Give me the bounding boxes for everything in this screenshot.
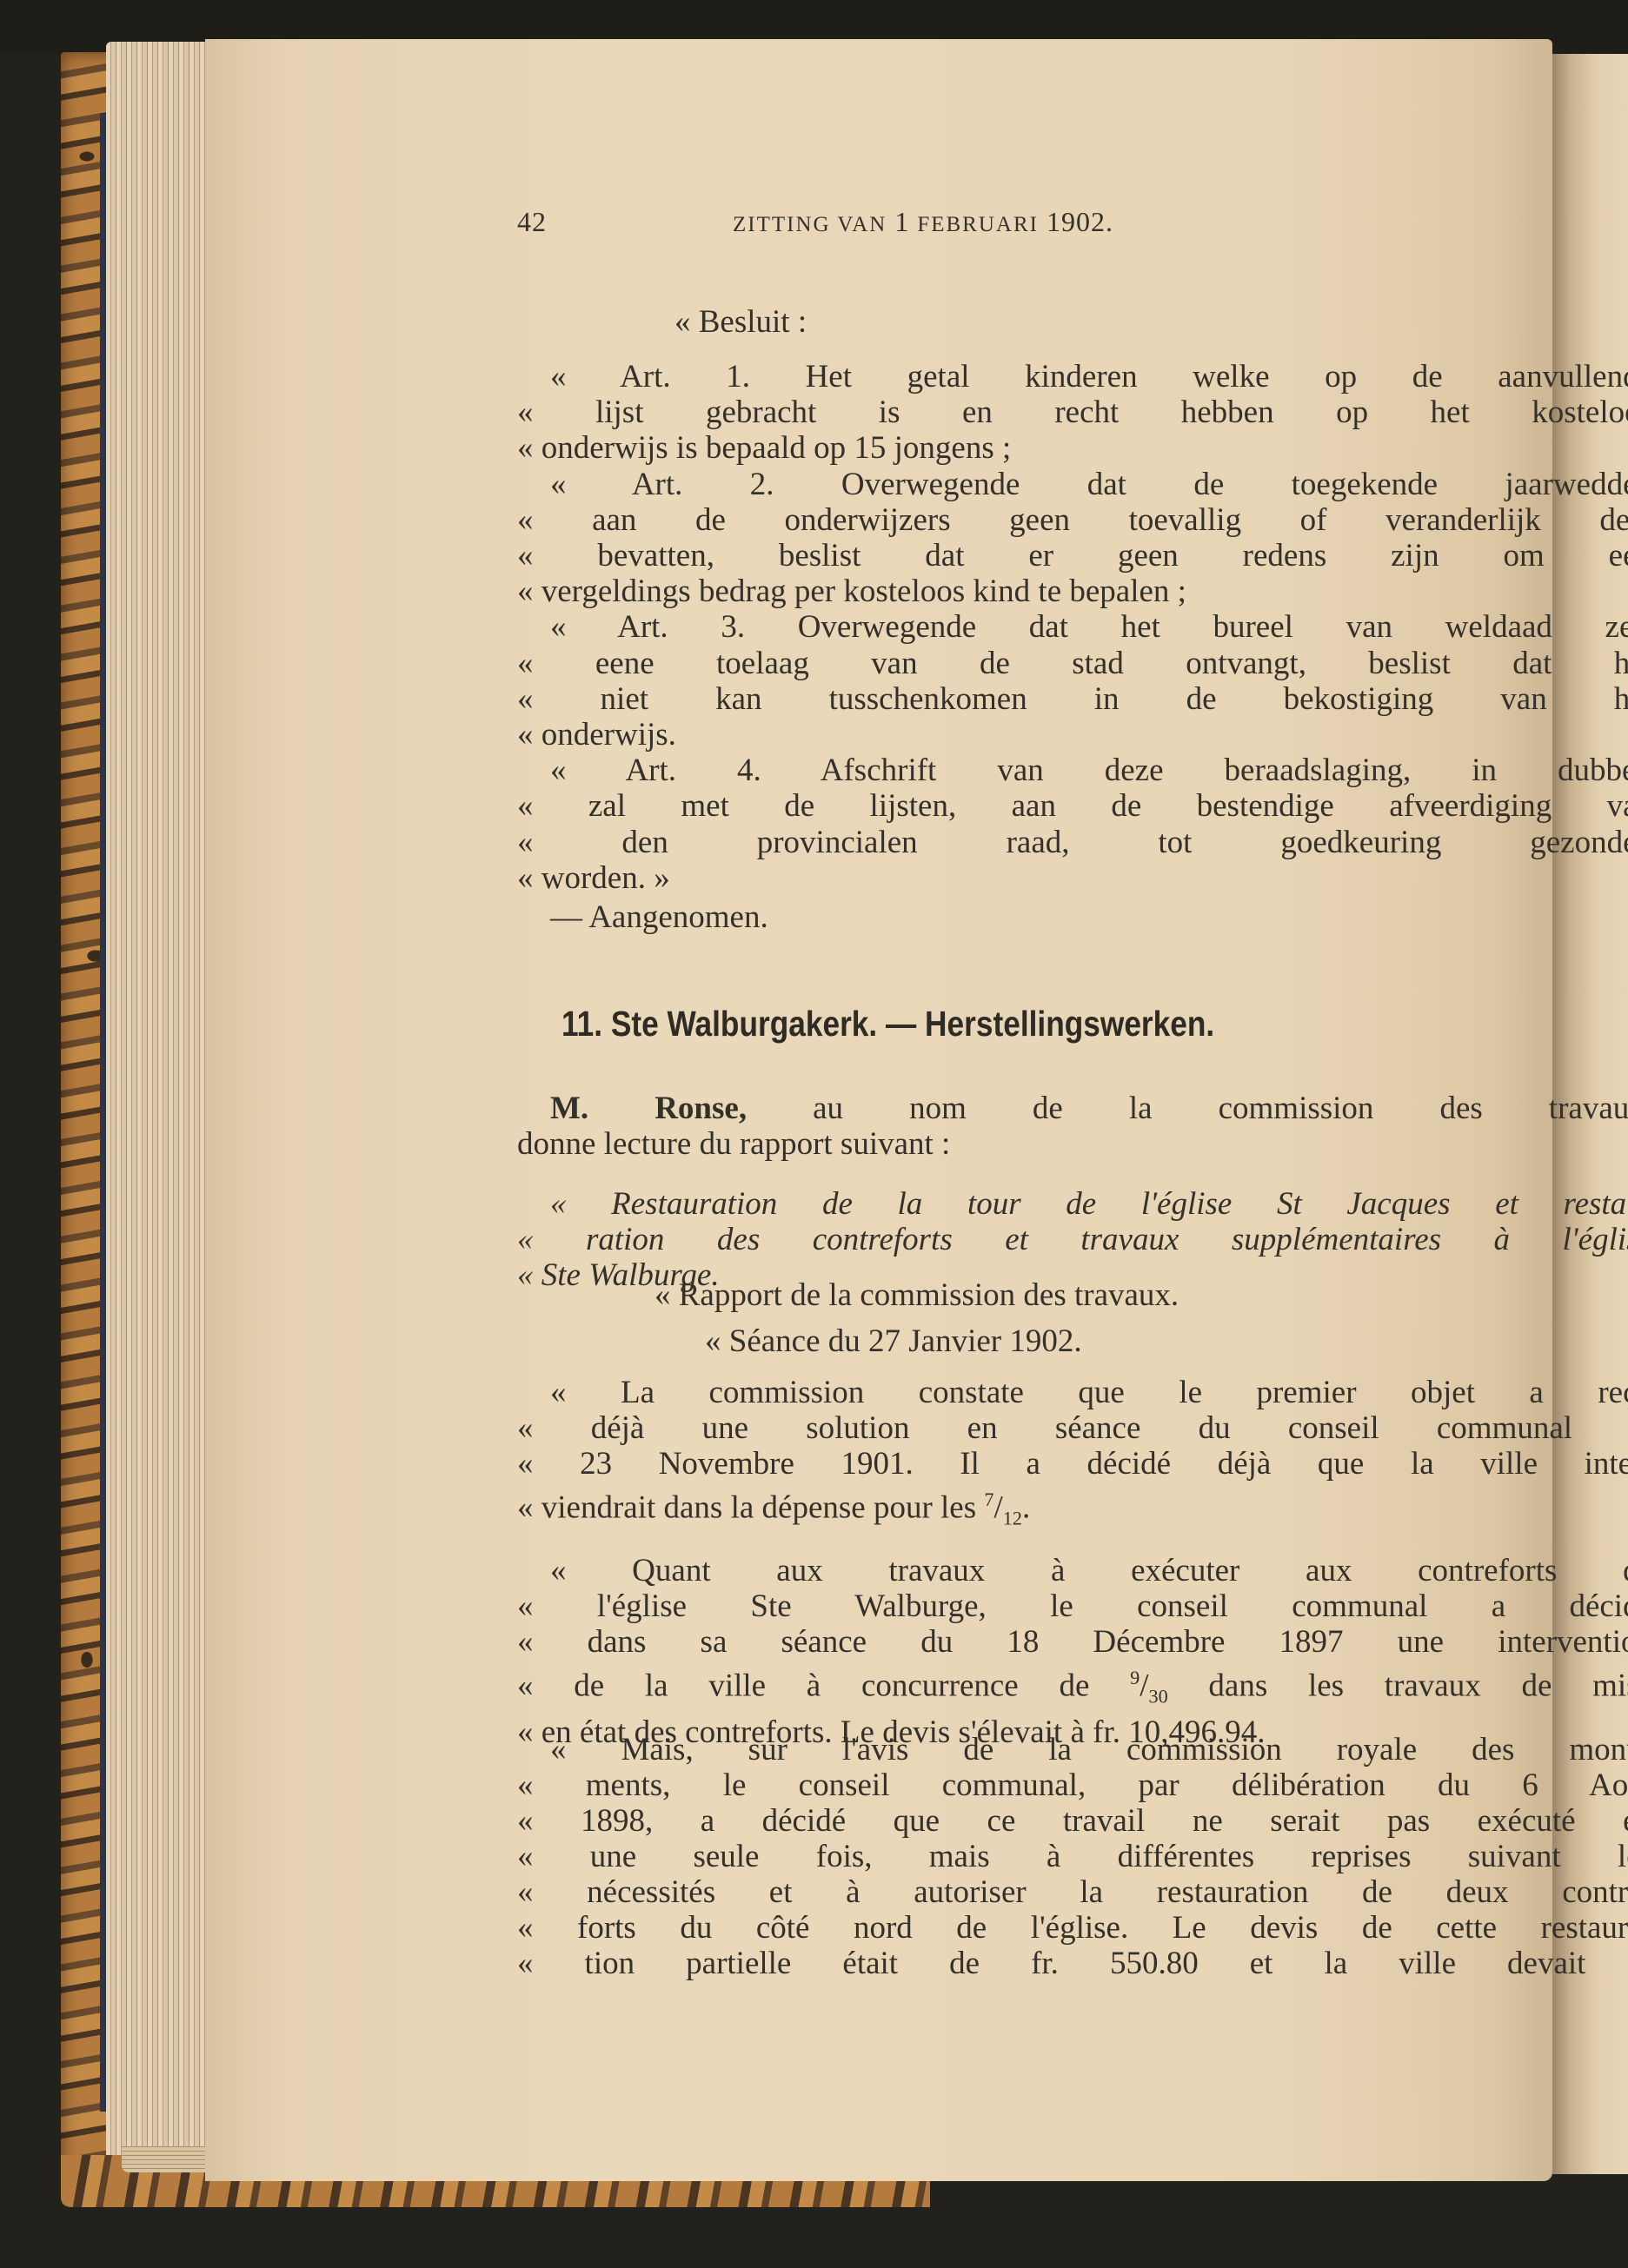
besluit-line: « Art. 2. Overwegende dat de toegekende …: [517, 467, 1628, 502]
besluit-line: « Art. 4. Afschrift van deze beraadslagi…: [517, 753, 1628, 788]
running-title-prefix: ZITTING VAN: [733, 213, 887, 236]
fraction-numerator: 9: [1130, 1667, 1140, 1688]
paragraph-line: « 23 Novembre 1901. Il a décidé déjà que…: [517, 1446, 1628, 1482]
adopted-note: — Aangenomen.: [517, 899, 1628, 935]
running-title: ZITTING VAN 1 FEBRUARI 1902.: [733, 204, 1113, 242]
seance-date: « Séance du 27 Janvier 1902.: [705, 1323, 1082, 1359]
besluit-line: « niet kan tusschenkomen in de bekostigi…: [517, 681, 1628, 717]
page-stack-left: [106, 42, 219, 2171]
italic-title-line: « ration des contreforts et travaux supp…: [517, 1222, 1628, 1257]
line-text: dans les travaux de mise: [1168, 1668, 1628, 1703]
paragraph-1: « La commission constate que le premier …: [517, 1375, 1628, 1536]
paragraph-line: « 1898, a décidé que ce travail ne serai…: [517, 1803, 1628, 1839]
paragraph-line: « une seule fois, mais à différentes rep…: [517, 1839, 1628, 1874]
running-title-day: 1: [894, 206, 909, 237]
besluit-line: « bevatten, beslist dat er geen redens z…: [517, 538, 1628, 574]
paragraph-line: « viendrait dans la dépense pour les 7/1…: [517, 1482, 1628, 1536]
running-title-month: FEBRUARI: [917, 213, 1039, 236]
besluit-line: « worden. »: [517, 860, 1628, 896]
paragraph-line: « déjà une solution en séance du conseil…: [517, 1410, 1628, 1446]
running-head: 42 ZITTING VAN 1 FEBRUARI 1902.: [517, 204, 1452, 240]
paragraph-3: « Mais, sur l'avis de la commission roya…: [517, 1732, 1628, 1981]
speaker-rest: au nom de la commission des travaux,: [813, 1091, 1628, 1126]
running-title-year: 1902.: [1047, 206, 1113, 237]
besluit-line: « Art. 3. Overwegende dat het bureel van…: [517, 609, 1628, 645]
besluit-line: « Art. 1. Het getal kinderen welke op de…: [517, 359, 1628, 395]
besluit-line: « vergeldings bedrag per kosteloos kind …: [517, 574, 1628, 609]
besluit-line: « lijst gebracht is en recht hebben op h…: [517, 395, 1628, 430]
besluit-line: « den provincialen raad, tot goedkeuring…: [517, 825, 1628, 860]
besluit-line: « onderwijs.: [517, 717, 1628, 753]
speaker-line-1: M. Ronse, au nom de la commission des tr…: [517, 1091, 1628, 1126]
besluit-line: « zal met de lijsten, aan de bestendige …: [517, 788, 1628, 824]
paragraph-line: « dans sa séance du 18 Décembre 1897 une…: [517, 1624, 1628, 1660]
line-text: .: [1022, 1489, 1030, 1525]
besluit-line: « onderwijs is bepaald op 15 jongens ;: [517, 430, 1628, 466]
speaker-name: M. Ronse,: [550, 1091, 747, 1126]
line-text: « de la ville à concurrence de: [517, 1668, 1130, 1703]
italic-title-line: « Restauration de la tour de l'église St…: [517, 1186, 1628, 1222]
paragraph-line: « nécessités et à autoriser la restaurat…: [517, 1874, 1628, 1910]
report-title: « Rapport de la commission des travaux.: [655, 1277, 1179, 1313]
speaker-line-2: donne lecture du rapport suivant :: [517, 1126, 1628, 1162]
besluit-line: « aan de onderwijzers geen toevallig of …: [517, 502, 1628, 538]
fraction-denominator: 30: [1148, 1686, 1167, 1708]
paragraph-line: « de la ville à concurrence de 9/30 dans…: [517, 1660, 1628, 1714]
besluit-intro: « Besluit :: [674, 304, 807, 340]
fraction-numerator: 7: [984, 1489, 993, 1510]
paragraph-line: « tion partielle était de fr. 550.80 et …: [517, 1946, 1628, 1981]
fraction-denominator: 12: [1003, 1508, 1022, 1529]
speaker-intro: M. Ronse, au nom de la commission des tr…: [517, 1091, 1628, 1162]
paragraph-line: « l'église Ste Walburge, le conseil comm…: [517, 1588, 1628, 1624]
paragraph-line: « Quant aux travaux à exécuter aux contr…: [517, 1553, 1628, 1588]
paragraph-line: « ments, le conseil communal, par délibé…: [517, 1767, 1628, 1803]
besluit-line: « eene toelaag van de stad ontvangt, bes…: [517, 646, 1628, 681]
paragraph-line: « La commission constate que le premier …: [517, 1375, 1628, 1410]
line-text: « viendrait dans la dépense pour les: [517, 1489, 984, 1525]
page-number: 42: [517, 206, 547, 237]
section-heading: 11. Ste Walburgakerk. — Herstellingswerk…: [561, 1006, 1214, 1042]
paragraph-2: « Quant aux travaux à exécuter aux contr…: [517, 1553, 1628, 1750]
book-page: 42 ZITTING VAN 1 FEBRUARI 1902. « Beslui…: [205, 39, 1552, 2181]
paragraph-line: « Mais, sur l'avis de la commission roya…: [517, 1732, 1628, 1767]
paragraph-line: « forts du côté nord de l'église. Le dev…: [517, 1910, 1628, 1946]
